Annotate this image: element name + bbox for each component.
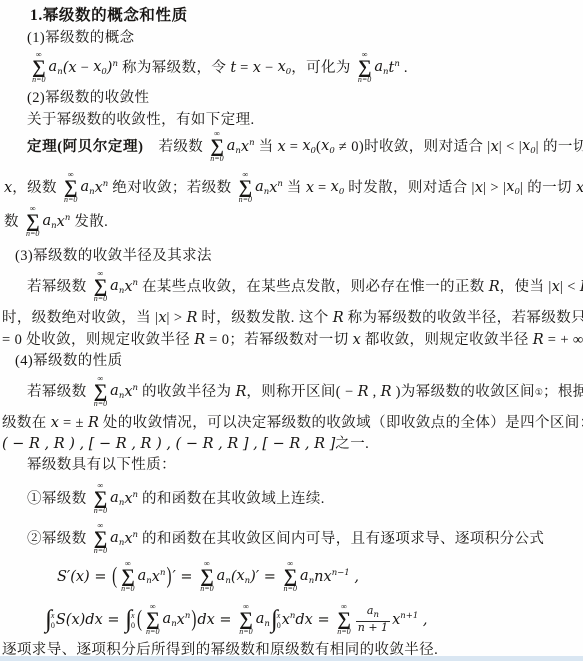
integral-limits: x0	[131, 611, 135, 630]
math-run: an	[227, 139, 241, 156]
text-run: | > |	[483, 181, 506, 196]
math-run: R	[381, 385, 392, 400]
bold-text-run: 定理(阿贝尔定理)	[27, 140, 144, 155]
text-run: (1)幂级数的概念	[27, 31, 135, 46]
math-run: R	[533, 333, 544, 348]
integral-upper-limit: x	[51, 611, 55, 621]
summation-symbol: ∞∑n=0	[64, 171, 78, 205]
math-run: xn	[124, 279, 138, 295]
math-run: x	[491, 140, 499, 155]
math-run: S′(x) =	[57, 570, 111, 585]
sum-lower-limit: n=0	[32, 76, 45, 85]
math-run: R	[194, 333, 205, 348]
text-run: (2)幂级数的收敛性	[27, 91, 149, 106]
math-run: x	[51, 416, 59, 431]
summation-symbol: ∞∑n=0	[283, 560, 297, 594]
superscript: n−1	[332, 568, 350, 578]
interval-list-line: ( − R , R ) , [ − R , R ) , ( − R , R ] …	[2, 434, 369, 454]
theorem-line-3: 数 ∞∑n=0anxn 发散.	[4, 201, 108, 243]
integral-lower-limit: 0	[277, 621, 281, 631]
text-run: 当	[255, 140, 278, 155]
radius-line-1: 若幂级数 ∞∑n=0anxn 在某些点收敛，在某些点发散，则必存在惟一的正数 R…	[27, 266, 583, 308]
math-run: an	[256, 612, 270, 629]
sum-lower-limit: n=0	[121, 585, 134, 594]
sigma-icon: ∑	[94, 383, 108, 400]
text-run: 的和函数在其收敛区间内可导，且有逐项求导、逐项积分公式	[138, 532, 544, 547]
math-run: ′ =	[172, 570, 197, 585]
radius-line-3: = 0 处收敛，则规定收敛半径 R = 0；若幂级数对一切 x 都收敛，则规定收…	[2, 330, 583, 350]
sigma-icon: ∑	[200, 568, 214, 585]
summation-symbol: ∞∑n=0	[121, 560, 135, 594]
scan-edge-shadow	[0, 656, 583, 661]
paren: (	[137, 608, 142, 631]
subscript: n	[373, 610, 378, 620]
math-run: an	[49, 60, 63, 77]
math-run: xn	[124, 491, 138, 507]
text-run: ≠ 0)时收敛，则对适合 |	[335, 140, 491, 155]
math-run: x0	[331, 180, 345, 197]
sigma-icon: ∑	[121, 568, 135, 585]
integral-symbol: ∫x0	[271, 609, 281, 630]
math-run: R	[333, 311, 344, 326]
integral-limits: x0	[277, 611, 281, 630]
math-run: x	[475, 181, 483, 196]
math-run: )n	[107, 60, 118, 76]
math-run: x0	[321, 139, 335, 156]
math-run: x	[353, 333, 361, 348]
radius-line-2: 时，级数绝对收敛，当 |x| > R 时，级数发散. 这个 R 称为幂级数的收敛…	[2, 308, 583, 328]
text-run: 当	[283, 181, 306, 196]
summation-symbol: ∞∑n=0	[94, 482, 108, 516]
summation-symbol: ∞∑n=0	[239, 603, 253, 637]
math-run: ,	[350, 570, 359, 585]
paren: (	[112, 565, 117, 588]
derivative-formula-line: S′(x) = (∞∑n=0anxn)′ = ∞∑n=0an(xn)′ = ∞∑…	[57, 556, 359, 598]
math-run: x0	[93, 60, 107, 77]
text-run: =	[314, 181, 331, 196]
text-run: | >	[167, 311, 187, 326]
text-run: 在某些点收敛，在某些点发散，则必存在惟一的正数	[138, 280, 489, 295]
math-run: an	[110, 491, 124, 508]
text-run: 时，级数绝对收敛，当 |	[2, 311, 158, 326]
math-run: an	[110, 384, 124, 401]
math-run: an	[110, 279, 124, 296]
integral-limits: x0	[51, 611, 55, 630]
text-run: )为幂级数的收敛区间	[392, 385, 535, 400]
math-run: x	[306, 181, 314, 196]
math-run: xn	[124, 384, 138, 400]
text-run: −	[77, 61, 94, 76]
fraction-denominator: n + 1	[356, 621, 390, 635]
summation-symbol: ∞∑n=0	[94, 270, 108, 304]
text-run: 处的收敛情况，可以决定幂级数的收敛域（即收敛点的全体）是四个区间：	[99, 416, 583, 431]
math-run: R	[489, 280, 500, 295]
math-run: xn	[57, 214, 71, 230]
summation-symbol: ∞∑n=0	[26, 205, 40, 239]
text-run: = 0；若幂级数对一切	[205, 333, 353, 348]
text-run: 时，级数发散. 这个	[197, 311, 332, 326]
text-run: | 的一切	[520, 181, 576, 196]
sigma-icon: ∑	[94, 490, 108, 507]
math-run: an	[42, 214, 56, 231]
math-run: an	[217, 569, 231, 586]
summation-symbol: ∞∑n=0	[210, 130, 224, 164]
summation-symbol: ∞∑n=0	[94, 522, 108, 556]
text-run: ②幂级数	[27, 532, 91, 547]
text-run: ，级数	[12, 181, 61, 196]
text-run: 若级数	[144, 140, 208, 155]
text-run: ①幂级数	[27, 492, 91, 507]
text-run: = 0 处收敛，则规定收敛半径	[2, 333, 194, 348]
sum-lower-limit: n=0	[94, 295, 107, 304]
text-run: 级数在	[2, 416, 51, 431]
integral-upper-limit: x	[131, 611, 135, 621]
text-run: (4)幂级数的性质	[15, 354, 123, 369]
math-run: S(x)dx =	[56, 613, 124, 628]
summation-symbol: ∞∑n=0	[146, 603, 160, 637]
text-run: 时发散，则对适合 |	[344, 181, 475, 196]
sigma-icon: ∑	[64, 179, 78, 196]
math-run: x	[4, 181, 12, 196]
math-run: x	[68, 61, 76, 76]
text-run: =	[236, 61, 253, 76]
text-run: 若幂级数	[27, 280, 91, 295]
math-run: an	[300, 569, 314, 586]
sum-lower-limit: n=0	[200, 585, 213, 594]
math-run: x	[576, 181, 583, 196]
sum-lower-limit: n=0	[94, 507, 107, 516]
sum-lower-limit: n=0	[284, 585, 297, 594]
sigma-icon: ∑	[210, 138, 224, 155]
math-run: tn	[389, 60, 400, 76]
paren: )	[166, 565, 171, 588]
text-run: | <	[560, 280, 580, 295]
text-run: 的和函数在其收敛域上连续.	[138, 492, 325, 507]
subsection-label-2: (2)幂级数的收敛性	[27, 88, 149, 108]
text-run: 的收敛半径为	[138, 385, 235, 400]
text-run: 都收敛，则规定收敛半径	[361, 333, 533, 348]
math-run: R	[186, 311, 197, 326]
math-run: x	[253, 61, 261, 76]
sum-lower-limit: n=0	[358, 76, 371, 85]
text-run: 绝对收敛；若级数	[108, 181, 235, 196]
math-run: an	[367, 604, 379, 617]
sum-lower-limit: n=0	[146, 628, 159, 637]
integral-formula-line: ∫x0S(x)dx = ∫x0(∞∑n=0anxn)dx = ∞∑n=0an∫x…	[44, 598, 427, 642]
math-run: n + 1	[358, 621, 388, 634]
text-run: −	[261, 61, 278, 76]
math-run: xn	[95, 180, 109, 196]
math-run: xn	[236, 569, 250, 586]
text-run: 发散.	[70, 215, 108, 230]
text-run: ，使当 |	[500, 280, 552, 295]
sigma-icon: ∑	[26, 213, 40, 230]
sum-lower-limit: n=0	[239, 196, 252, 205]
math-run: x0	[506, 180, 520, 197]
math-run: an	[255, 180, 269, 197]
math-run: xn	[241, 139, 255, 155]
sum-lower-limit: n=0	[94, 547, 107, 556]
sum-lower-limit: n=0	[337, 628, 350, 637]
fraction-numerator: an	[367, 605, 379, 621]
math-run: R	[88, 416, 99, 431]
text-run: .	[400, 61, 408, 76]
sum-lower-limit: n=0	[239, 628, 252, 637]
sigma-icon: ∑	[94, 278, 108, 295]
math-run: an	[138, 569, 152, 586]
superscript: n	[160, 568, 165, 578]
math-run: ( − R , R ) , [ − R , R ) , ( − R , R ] …	[2, 437, 335, 452]
sum-lower-limit: n=0	[94, 400, 107, 409]
math-run: x0	[278, 60, 292, 77]
summation-symbol: ∞∑n=0	[337, 603, 351, 637]
sigma-icon: ∑	[358, 59, 372, 76]
text-run: ，则称开区间( −	[246, 385, 357, 400]
theorem-line-1: 定理(阿贝尔定理) 若级数 ∞∑n=0anxn 当 x = x0(x0 ≠ 0)…	[27, 126, 583, 168]
sigma-icon: ∑	[32, 59, 46, 76]
integral-lower-limit: 0	[51, 621, 55, 631]
math-run: dx =	[295, 613, 334, 628]
subscript: n	[264, 619, 269, 629]
sigma-icon: ∑	[146, 611, 160, 628]
summation-symbol: ∞∑n=0	[94, 375, 108, 409]
math-run: an	[374, 60, 388, 77]
sum-lower-limit: n=0	[210, 155, 223, 164]
properties-header-line: 幂级数具有以下性质：	[27, 455, 176, 475]
math-run: xn	[152, 569, 166, 585]
summation-symbol: ∞∑n=0	[239, 171, 253, 205]
math-run: xn	[269, 180, 283, 196]
subsection-label-3: (3)幂级数的收敛半径及其求法	[15, 246, 212, 266]
subsection-label-4: (4)幂级数的性质	[15, 351, 123, 371]
summation-symbol: ∞∑n=0	[200, 560, 214, 594]
footnote-mark: ①	[535, 388, 543, 397]
math-run: R	[358, 385, 369, 400]
sum-lower-limit: n=0	[26, 230, 39, 239]
superscript: n+1	[400, 611, 418, 621]
property-intro-line-1: 若幂级数 ∞∑n=0anxn 的收敛半径为 R，则称开区间( − R , R )…	[27, 371, 583, 413]
text-run: 称为幂级数的收敛半径，若幂级数只在	[344, 311, 583, 326]
text-run: ，可化为	[291, 61, 355, 76]
sigma-icon: ∑	[239, 611, 253, 628]
integral-upper-limit: x	[277, 611, 281, 621]
formula-definition-line: ∞∑n=0an(x − x0)n 称为幂级数，令 t = x − x0，可化为 …	[29, 47, 408, 89]
text-run: =	[286, 140, 303, 155]
text-run: | < |	[499, 140, 522, 155]
sigma-icon: ∑	[239, 179, 253, 196]
sigma-icon: ∑	[337, 611, 351, 628]
math-run: xn	[282, 612, 296, 628]
property-intro-line-2: 级数在 x = ± R 处的收敛情况，可以决定幂级数的收敛域（即收敛点的全体）是…	[2, 413, 583, 433]
math-run: x	[158, 311, 166, 326]
math-run: an	[163, 612, 177, 629]
text-run: = ±	[59, 416, 88, 431]
summation-symbol: ∞∑n=0	[32, 51, 46, 85]
math-run: an	[110, 531, 124, 548]
math-run: xn	[177, 612, 191, 628]
text-run: (3)幂级数的收敛半径及其求法	[15, 249, 212, 264]
property-1-line: ①幂级数 ∞∑n=0anxn 的和函数在其收敛域上连续.	[27, 478, 325, 520]
math-run: x	[278, 140, 286, 155]
sigma-icon: ∑	[94, 530, 108, 547]
math-run: )′ =	[250, 570, 280, 585]
section-heading: 1.幂级数的概念和性质	[30, 5, 188, 27]
math-run: x0	[302, 139, 316, 156]
integral-symbol: ∫x0	[125, 609, 135, 630]
text-run: 称为幂级数，令	[118, 61, 230, 76]
math-run: x	[552, 280, 560, 295]
math-run: dx =	[197, 613, 236, 628]
property-2-line: ②幂级数 ∞∑n=0anxn 的和函数在其收敛区间内可导，且有逐项求导、逐项积分…	[27, 518, 544, 560]
text-run: ；根据幂	[543, 385, 583, 400]
text-run: 数	[4, 215, 23, 230]
text-run: 若幂级数	[27, 385, 91, 400]
math-run: xn	[124, 531, 138, 547]
fraction: ann + 1	[356, 605, 390, 634]
summation-symbol: ∞∑n=0	[358, 51, 372, 85]
sigma-icon: ∑	[283, 568, 297, 585]
subsection-label-1: (1)幂级数的概念	[27, 28, 135, 48]
integral-lower-limit: 0	[131, 621, 135, 631]
text-run: = + ∞ .	[544, 333, 583, 348]
integral-symbol: ∫x0	[45, 609, 55, 630]
paren: )	[191, 608, 196, 631]
text-run: 之一.	[335, 437, 369, 452]
math-run: nxn−1	[314, 569, 350, 585]
text-run: 幂级数具有以下性质：	[27, 458, 176, 473]
math-run: x0	[522, 139, 536, 156]
math-run: ,	[418, 613, 427, 628]
math-run: R	[235, 385, 246, 400]
text-run: ,	[369, 385, 381, 400]
text-run: | 的一切	[536, 140, 583, 155]
superscript: n	[185, 611, 190, 621]
math-run: an	[80, 180, 94, 197]
math-run: xn+1	[392, 612, 418, 628]
textbook-page: 1.幂级数的概念和性质(1)幂级数的概念∞∑n=0an(x − x0)n 称为幂…	[0, 0, 583, 661]
bold-text-run: 1.幂级数的概念和性质	[30, 8, 188, 24]
